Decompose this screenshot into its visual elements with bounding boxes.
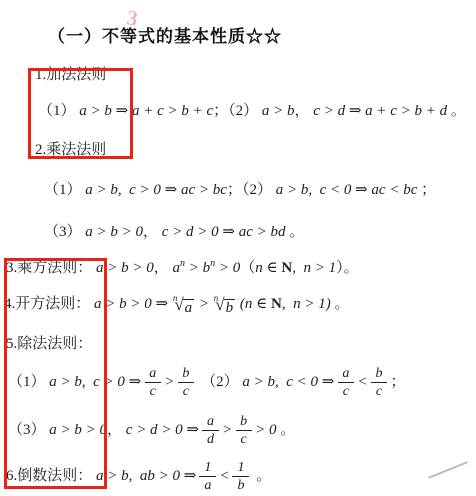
text-run: （1） [38,103,79,119]
rule2-formula-3: （3） a > b > 0， c > d > 0 ⇒ ac > bd 。 [44,221,304,243]
math-run: > [164,371,174,393]
fraction-numerator: b [177,365,194,382]
text-run: 3.乘方法则： [6,260,96,276]
radicand: a [183,299,195,316]
text-run: ， [107,419,126,441]
fraction: bc [371,365,388,400]
fraction-denominator: c [338,382,354,400]
math-run: , n > 1) [282,296,331,312]
fraction-denominator: c [236,430,252,448]
fraction-numerator: b [371,365,388,382]
fraction: 1b [232,459,249,494]
rule2-formula-1-2: （1） a > b, c > 0 ⇒ ac > bc；（2） a > b, c … [44,179,436,201]
text-run: ； [391,371,406,393]
math-run: n ∈ [255,260,281,276]
text-run: 。 [447,103,466,119]
text-run: ， [154,260,173,276]
math-run: > [185,260,203,276]
rule4-root-line: 4.开方法则： a > b > 0 ⇒ n√a > n√b (n ∈ N, n … [4,293,349,316]
math-run: c > 0 ⇒ [89,371,141,393]
math-run: a > b > 0 ⇒ [94,296,172,312]
math-run: a > b ⇒ a + c > b + c [79,103,213,119]
fraction-denominator: a [199,476,216,494]
fraction-numerator: 1 [199,459,216,476]
text-run: ， [295,103,314,119]
fraction: ac [337,365,354,400]
text-run: ；（2） [227,182,276,198]
stray-gray-line [428,461,468,479]
math-run: a > b, ab > 0 ⇒ [96,465,196,487]
text-run: （1） [44,182,85,198]
math-run: a > b [262,103,295,119]
text-run: 4.开方法则： [4,296,94,312]
radical-index: n [173,287,178,309]
text-run: 。 [331,296,350,312]
fraction-numerator: a [202,413,219,430]
text-run: 6.倒数法则： [6,465,96,487]
rule6-reciprocal-line: 6.倒数法则： a > b, ab > 0 ⇒1a<1b 。 [6,454,271,496]
document-page: 3 （一）不等式的基本性质☆☆ 1.加法法则 （1） a > b ⇒ a + c… [0,0,476,496]
text-run: （2） [197,371,242,393]
text-run: ；（2） [213,103,262,119]
fraction: bc [235,413,252,448]
text-run: 。 [286,224,305,240]
math-bold-set: N [281,260,292,276]
fraction: bc [177,365,194,400]
math-run: < [357,371,367,393]
rule5-formula-1-2: （1） a > b, c > 0 ⇒ac>bc （2） a > b, c < 0… [8,360,406,404]
power: bn [203,260,216,276]
math-run: a > b > 0 [85,224,143,240]
text-run: 。 [277,419,296,441]
radical: n√b [214,294,235,316]
rule5-formula-3: （3） a > b > 0， c > d > 0 ⇒ad>bc> 0 。 [8,408,295,452]
math-run: c > d ⇒ a + c > b + d [313,103,447,119]
text-run: （3） [44,224,85,240]
math-run: c > d > 0 ⇒ [126,419,199,441]
rule1-heading: 1.加法法则 [35,64,106,86]
text-run: ）。 [336,260,359,276]
math-run: a > b, [49,371,89,393]
power: an [173,260,186,276]
page-title: （一）不等式的基本性质☆☆ [48,22,282,47]
rule3-power-line: 3.乘方法则： a > b > 0， an > bn > 0（n ∈ N, n … [6,257,359,279]
math-run: > 0 [255,419,276,441]
rule1-formula: （1） a > b ⇒ a + c > b + c；（2） a > b， c >… [38,100,466,122]
math-run: a > b > 0 [49,419,107,441]
fraction-numerator: b [235,413,252,430]
text-run: （ [240,260,255,276]
math-run: a > b, c > 0 ⇒ ac > bc [85,182,227,198]
math-run: > [222,419,232,441]
radical: n√a [173,294,194,316]
rule5-heading: 5.除法法则： [6,333,92,355]
fraction-denominator: c [371,382,387,400]
radical-index: n [214,287,219,309]
math-run: < [219,465,229,487]
fraction-denominator: c [145,382,161,400]
math-run: , n > 1 [292,260,336,276]
math-run: a > b, c < 0 ⇒ [242,371,334,393]
math-run: a > b, c < 0 ⇒ ac < bc [276,182,418,198]
math-run: (n ∈ [236,296,271,312]
fraction-numerator: 1 [232,459,249,476]
fraction: ad [202,413,219,448]
fraction: ac [144,365,161,400]
math-run: c > d > 0 ⇒ ac > bd [162,224,286,240]
text-run: ， [143,224,162,240]
rule2-heading: 2.乘法法则 [35,139,106,161]
math-run: > [195,296,213,312]
fraction-denominator: c [178,382,194,400]
fraction-denominator: b [232,476,249,494]
radicand: b [224,299,236,316]
math-run: a > b > 0 [96,260,154,276]
fraction-numerator: a [337,365,354,382]
text-run: ； [417,182,436,198]
text-run: （1） [8,371,49,393]
fraction-numerator: a [144,365,161,382]
math-bold-set: N [271,296,282,312]
text-run: （3） [8,419,49,441]
fraction-denominator: d [202,430,219,448]
text-run: 。 [252,465,271,487]
fraction: 1a [199,459,216,494]
math-run: > 0 [215,260,240,276]
